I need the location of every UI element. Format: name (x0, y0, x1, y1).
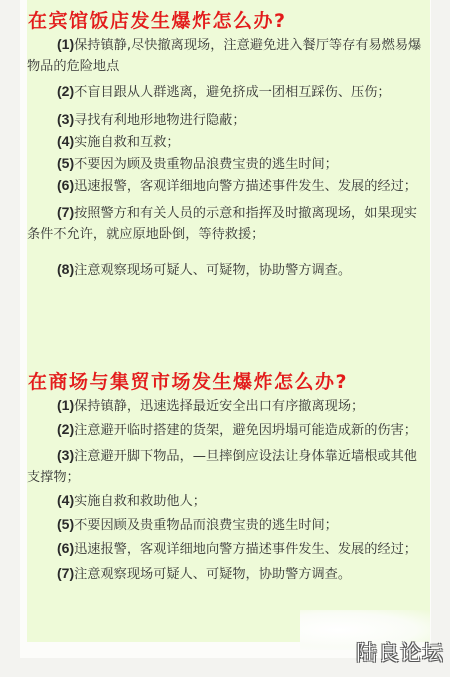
list-item: (6)迅速报警，客观详细地向警方描述事件发生、发展的经过； (27, 538, 427, 560)
list-item: (7)注意观察现场可疑人、可疑物，协助警方调查。 (27, 563, 427, 585)
list-item: (6)迅速报警，客观详细地向警方描述事件发生、发展的经过； (27, 175, 427, 197)
section-hotel: 在宾馆饭店发生爆炸怎么办? (1)保持镇静,尽快撤离现场，注意避免进入餐厅等存有… (27, 8, 427, 281)
list-item: (2)不盲目跟从人群逃离，避免挤成一团相互踩伤、压伤； (27, 81, 427, 103)
section-title: 在宾馆饭店发生爆炸怎么办? (28, 8, 427, 34)
section-market: 在商场与集贸市场发生爆炸怎么办? (1)保持镇静，迅速选择最近安全出口有序撤离现… (27, 369, 427, 585)
section-title: 在商场与集贸市场发生爆炸怎么办? (28, 369, 427, 395)
list-item: (5)不要因为顾及贵重物品浪费宝贵的逃生时间； (27, 153, 427, 175)
list-item: (1)保持镇静，迅速选择最近安全出口有序撤离现场； (27, 395, 427, 417)
list-item: (3)寻找有利地形地物进行隐蔽； (27, 109, 427, 131)
list-item: (8)注意观察现场可疑人、可疑物，协助警方调查。 (27, 259, 427, 281)
forum-watermark: 陆良论坛 (356, 637, 444, 667)
list-item: (4)实施自救和救助他人； (27, 490, 427, 512)
list-item: (4)实施自救和互救； (27, 131, 427, 153)
list-item: (1)保持镇静,尽快撤离现场，注意避免进入餐厅等存有易燃易爆物品的危险地点 (27, 34, 427, 77)
list-item: (5)不要因顾及贵重物品而浪费宝贵的逃生时间； (27, 514, 427, 536)
list-item: (3)注意避开脚下物品，—旦摔倒应设法让身体靠近墙根或其他支撑物； (27, 445, 427, 488)
list-item: (2)注意避开临时搭建的货架，避免因坍塌可能造成新的伤害； (27, 419, 427, 441)
list-item: (7)按照警方和有关人员的示意和指挥及时撤离现场，如果现实条件不允许，就应原地卧… (27, 202, 427, 245)
